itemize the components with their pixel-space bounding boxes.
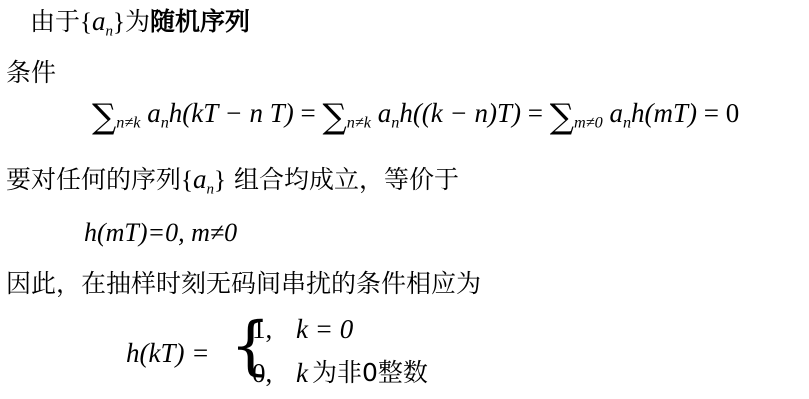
seq-close-brace: } (113, 9, 125, 36)
intro-prefix: 由于 (30, 7, 80, 36)
case2-cond-var: k (296, 360, 308, 387)
seq-sub: n (207, 181, 215, 197)
coef-var: a (609, 98, 623, 128)
case1-value: 1, (252, 316, 272, 343)
term1: h(kT − n T) (169, 98, 294, 128)
coef-var: a (378, 98, 392, 128)
seq-close-brace: } (214, 167, 226, 194)
seq-open-brace: { (80, 9, 92, 36)
equivalence-line: 要对任何的序列{an} 组合均成立，等价于 (6, 166, 459, 193)
coef-sub: n (623, 114, 631, 132)
equals-sign: = (301, 98, 316, 128)
intro-line: 由于{an}为随机序列 (30, 8, 250, 35)
case1-condition: k = 0 (296, 316, 353, 343)
term3: h(mT) (631, 98, 697, 128)
zero-condition-equation: h(mT)=0, m≠0 (84, 220, 237, 246)
word-wei: 为 (125, 7, 150, 36)
sigma-symbol: ∑ (323, 97, 347, 137)
random-sequence-label: 随机序列 (150, 7, 250, 36)
term2: h((k − n)T) (399, 98, 521, 128)
isi-sum-equation: ∑n≠k anh(kT − n T) = ∑n≠k anh((k − n)T) … (92, 100, 739, 134)
sum2-subscript: n≠k (347, 114, 371, 132)
condition-label: 条件 (6, 60, 56, 85)
coef-sub: n (161, 114, 169, 132)
sigma-symbol: ∑ (92, 97, 116, 137)
sigma-symbol: ∑ (550, 97, 574, 137)
conclusion-line: 因此，在抽样时刻无码间串扰的条件相应为 (6, 271, 481, 296)
seq-var: a (92, 6, 106, 36)
coef-var: a (147, 98, 161, 128)
seq-open-brace: { (181, 167, 193, 194)
equivalence-suffix: 组合均成立，等价于 (226, 165, 459, 194)
case2-value: 0, (252, 360, 272, 387)
sum3-subscript: m≠0 (574, 114, 603, 132)
eq3-lhs: h(kT) = (126, 340, 209, 367)
sum1-subscript: n≠k (116, 114, 140, 132)
equivalence-prefix: 要对任何的序列 (6, 165, 181, 194)
equals-sign: = (528, 98, 543, 128)
seq-var: a (193, 164, 207, 194)
result-zero: = 0 (704, 98, 739, 128)
seq-sub: n (106, 23, 114, 39)
case2-cond-text: 为非0整数 (312, 360, 428, 385)
